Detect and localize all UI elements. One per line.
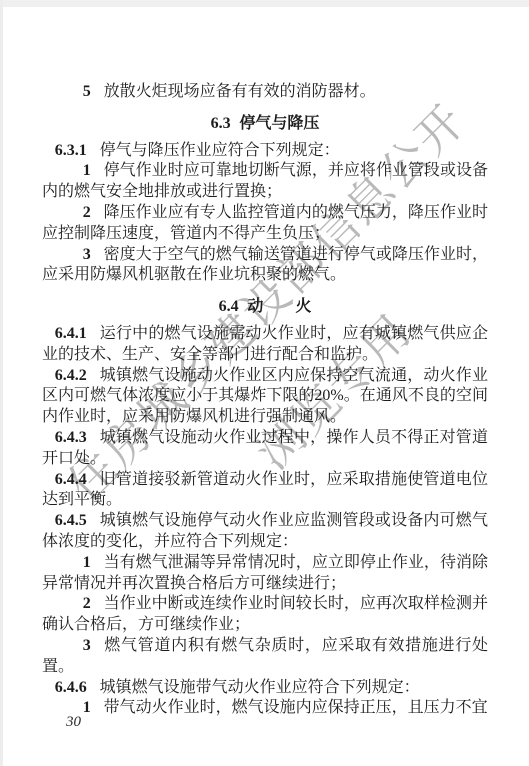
clause-number: 6.4.2 [55, 367, 87, 384]
clause-text: 运行中的燃气设施需动火作业时，应有城镇燃气供应企业的技术、生产、安全等部门进行配… [42, 325, 488, 363]
section-title: 停气与降压 [239, 115, 319, 132]
list-item: 1带气动火作业时，燃气设施内应保持正压，且压力不宜 [42, 698, 488, 719]
document-content: 5放散火炬现场应备有有效的消防器材。 6.3停气与降压 6.3.1停气与降压作业… [42, 82, 488, 719]
item-text: 带气动火作业时，燃气设施内应保持正压，且压力不宜 [104, 699, 488, 716]
item-text: 当有燃气泄漏等异常情况时，应立即停止作业，待消除异常情况并再次置换合格后方可继续… [42, 554, 488, 592]
section-heading-6-4: 6.4动 火 [42, 297, 488, 318]
section-number: 6.4 [219, 298, 239, 315]
page-number: 30 [66, 714, 81, 731]
clause-text: 城镇燃气设施动火作业区内应保持空气流通，动火作业区内可燃气体浓度应小于其爆炸下限… [42, 367, 488, 426]
item-number: 1 [83, 162, 91, 179]
list-item: 1停气作业时应可靠地切断气源，并应将作业管段或设备内的燃气安全地排放或进行置换； [42, 161, 488, 203]
item-number: 5 [83, 83, 91, 100]
clause-number: 6.3.1 [55, 142, 87, 159]
item-text: 停气作业时应可靠地切断气源，并应将作业管段或设备内的燃气安全地排放或进行置换； [42, 162, 488, 200]
item-number: 1 [83, 554, 91, 571]
clause-text: 城镇燃气设施动火作业过程中，操作人员不得正对管道开口处。 [42, 429, 488, 467]
clause-paragraph: 6.4.4旧管道接驳新管道动火作业时，应采取措施使管道电位达到平衡。 [42, 470, 488, 512]
clause-paragraph: 6.4.6城镇燃气设施带气动火作业应符合下列规定： [42, 678, 488, 699]
item-number: 3 [83, 637, 91, 654]
item-number: 3 [83, 246, 91, 263]
clause-paragraph: 6.4.1运行中的燃气设施需动火作业时，应有城镇燃气供应企业的技术、生产、安全等… [42, 324, 488, 366]
scan-edge-left [0, 0, 3, 766]
clause-text: 城镇燃气设施带气动火作业应符合下列规定： [100, 679, 420, 696]
document-page: 住房城乡建设部信息公开 浏览专用 5放散火炬现场应备有有效的消防器材。 6.3停… [0, 0, 529, 766]
item-text: 燃气管道内积有燃气杂质时，应采取有效措施进行处置。 [42, 637, 488, 675]
clause-paragraph: 6.3.1停气与降压作业应符合下列规定： [42, 141, 488, 162]
clause-text: 旧管道接驳新管道动火作业时，应采取措施使管道电位达到平衡。 [42, 471, 488, 509]
item-text: 当作业中断或连续作业时间较长时，应再次取样检测并确认合格后，方可继续作业； [42, 595, 488, 633]
list-item: 5放散火炬现场应备有有效的消防器材。 [42, 82, 488, 103]
item-text: 密度大于空气的燃气输送管道进行停气或降压作业时，应采用防爆风机驱散在作业坑积聚的… [42, 246, 488, 284]
item-text: 放散火炬现场应备有有效的消防器材。 [104, 83, 376, 100]
list-item: 2当作业中断或连续作业时间较长时，应再次取样检测并确认合格后，方可继续作业； [42, 594, 488, 636]
clause-text: 停气与降压作业应符合下列规定： [100, 142, 340, 159]
section-heading-6-3: 6.3停气与降压 [42, 114, 488, 135]
clause-number: 6.4.4 [55, 471, 87, 488]
item-number: 2 [83, 204, 91, 221]
clause-paragraph: 6.4.3城镇燃气设施动火作业过程中，操作人员不得正对管道开口处。 [42, 428, 488, 470]
section-title: 动 火 [247, 298, 311, 315]
item-text: 降压作业应有专人监控管道内的燃气压力，降压作业时应控制降压速度，管道内不得产生负… [42, 204, 488, 242]
list-item: 3燃气管道内积有燃气杂质时，应采取有效措施进行处置。 [42, 636, 488, 678]
item-number: 1 [83, 699, 91, 716]
clause-paragraph: 6.4.5城镇燃气设施停气动火作业应监测管段或设备内可燃气体浓度的变化，并应符合… [42, 511, 488, 553]
scan-edge-top [0, 0, 529, 7]
list-item: 3密度大于空气的燃气输送管道进行停气或降压作业时，应采用防爆风机驱散在作业坑积聚… [42, 245, 488, 287]
clause-number: 6.4.6 [55, 679, 87, 696]
list-item: 1当有燃气泄漏等异常情况时，应立即停止作业，待消除异常情况并再次置换合格后方可继… [42, 553, 488, 595]
clause-number: 6.4.1 [55, 325, 87, 342]
section-number: 6.3 [211, 115, 231, 132]
clause-number: 6.4.5 [55, 512, 87, 529]
list-item: 2降压作业应有专人监控管道内的燃气压力，降压作业时应控制降压速度，管道内不得产生… [42, 203, 488, 245]
clause-number: 6.4.3 [55, 429, 87, 446]
clause-paragraph: 6.4.2城镇燃气设施动火作业区内应保持空气流通，动火作业区内可燃气体浓度应小于… [42, 366, 488, 428]
clause-text: 城镇燃气设施停气动火作业应监测管段或设备内可燃气体浓度的变化，并应符合下列规定： [42, 512, 488, 550]
item-number: 2 [83, 595, 91, 612]
